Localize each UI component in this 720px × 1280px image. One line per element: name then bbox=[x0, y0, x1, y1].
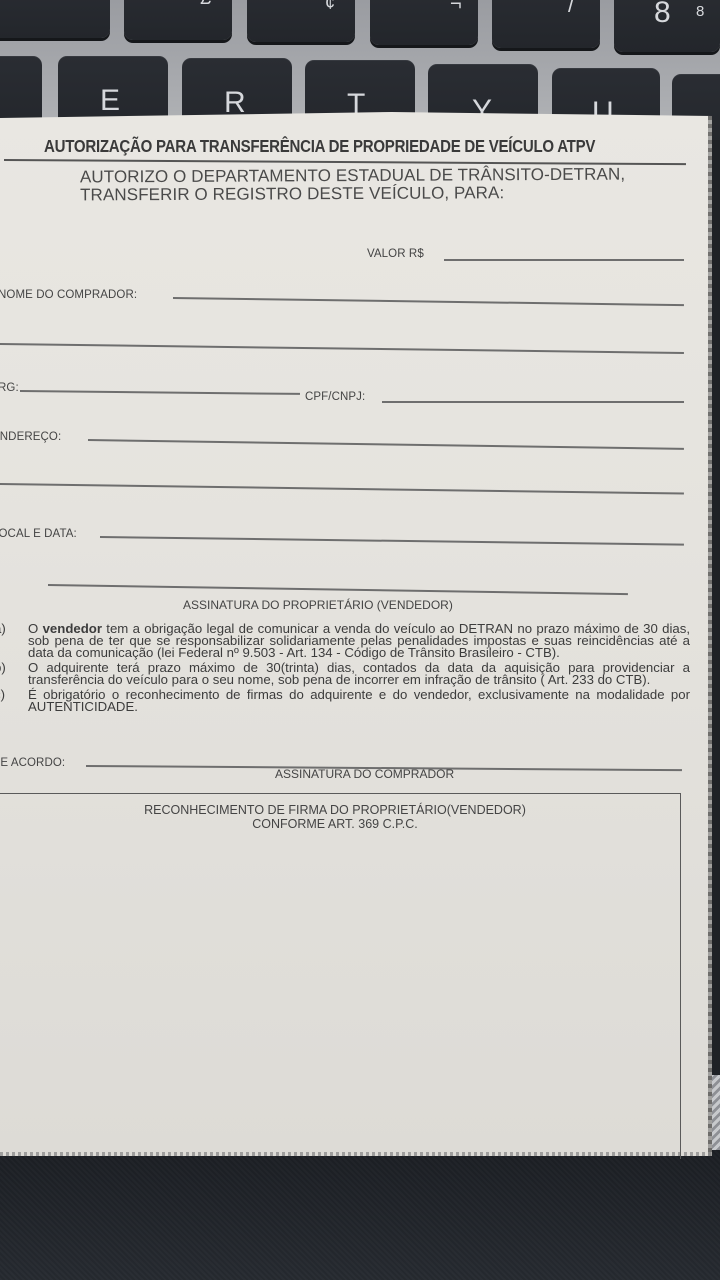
key-5: ¢ bbox=[247, 0, 355, 42]
form-subtitle: AUTORIZO O DEPARTAMENTO ESTADUAL DE TRÂN… bbox=[80, 166, 625, 205]
key-6: ¬ bbox=[370, 0, 478, 45]
key-7: / bbox=[492, 0, 600, 48]
legal-notes: a)O vendedor tem a obrigação legal de co… bbox=[0, 623, 690, 716]
cpf-cnpj-label: CPF/CNPJ: bbox=[305, 391, 365, 403]
valor-label: VALOR R$ bbox=[367, 248, 424, 260]
note-b: b)O adquirente terá prazo máximo de 30(t… bbox=[0, 662, 690, 686]
place-date-label: LOCAL E DATA: bbox=[0, 528, 77, 540]
key-8: 8 8 bbox=[614, 0, 720, 52]
paper-perforation-edge bbox=[708, 116, 712, 1156]
seller-signature-caption: ASSINATURA DO PROPRIETÁRIO (VENDEDOR) bbox=[183, 598, 453, 612]
valor-field[interactable] bbox=[444, 259, 684, 261]
key-4: £ bbox=[124, 0, 232, 40]
cpf-cnpj-field[interactable] bbox=[382, 401, 684, 403]
note-a: a)O vendedor tem a obrigação legal de co… bbox=[0, 623, 690, 659]
notary-recognition-box bbox=[0, 793, 681, 1159]
buyer-signature-caption: ASSINATURA DO COMPRADOR bbox=[275, 767, 454, 781]
address-label: ENDEREÇO: bbox=[0, 431, 61, 443]
rg-label: RG: bbox=[0, 382, 19, 394]
buyer-name-label: NOME DO COMPRADOR: bbox=[0, 289, 137, 301]
note-c: c)É obrigatório o reconhecimento de firm… bbox=[0, 689, 690, 713]
desk-background bbox=[0, 1150, 720, 1280]
de-acordo-label: DE ACORDO: bbox=[0, 757, 65, 769]
key-3: 3 bbox=[0, 0, 110, 38]
form-title: AUTORIZAÇÃO PARA TRANSFERÊNCIA DE PROPRI… bbox=[44, 136, 595, 157]
notary-box-title: RECONHECIMENTO DE FIRMA DO PROPRIETÁRIO(… bbox=[0, 803, 670, 831]
